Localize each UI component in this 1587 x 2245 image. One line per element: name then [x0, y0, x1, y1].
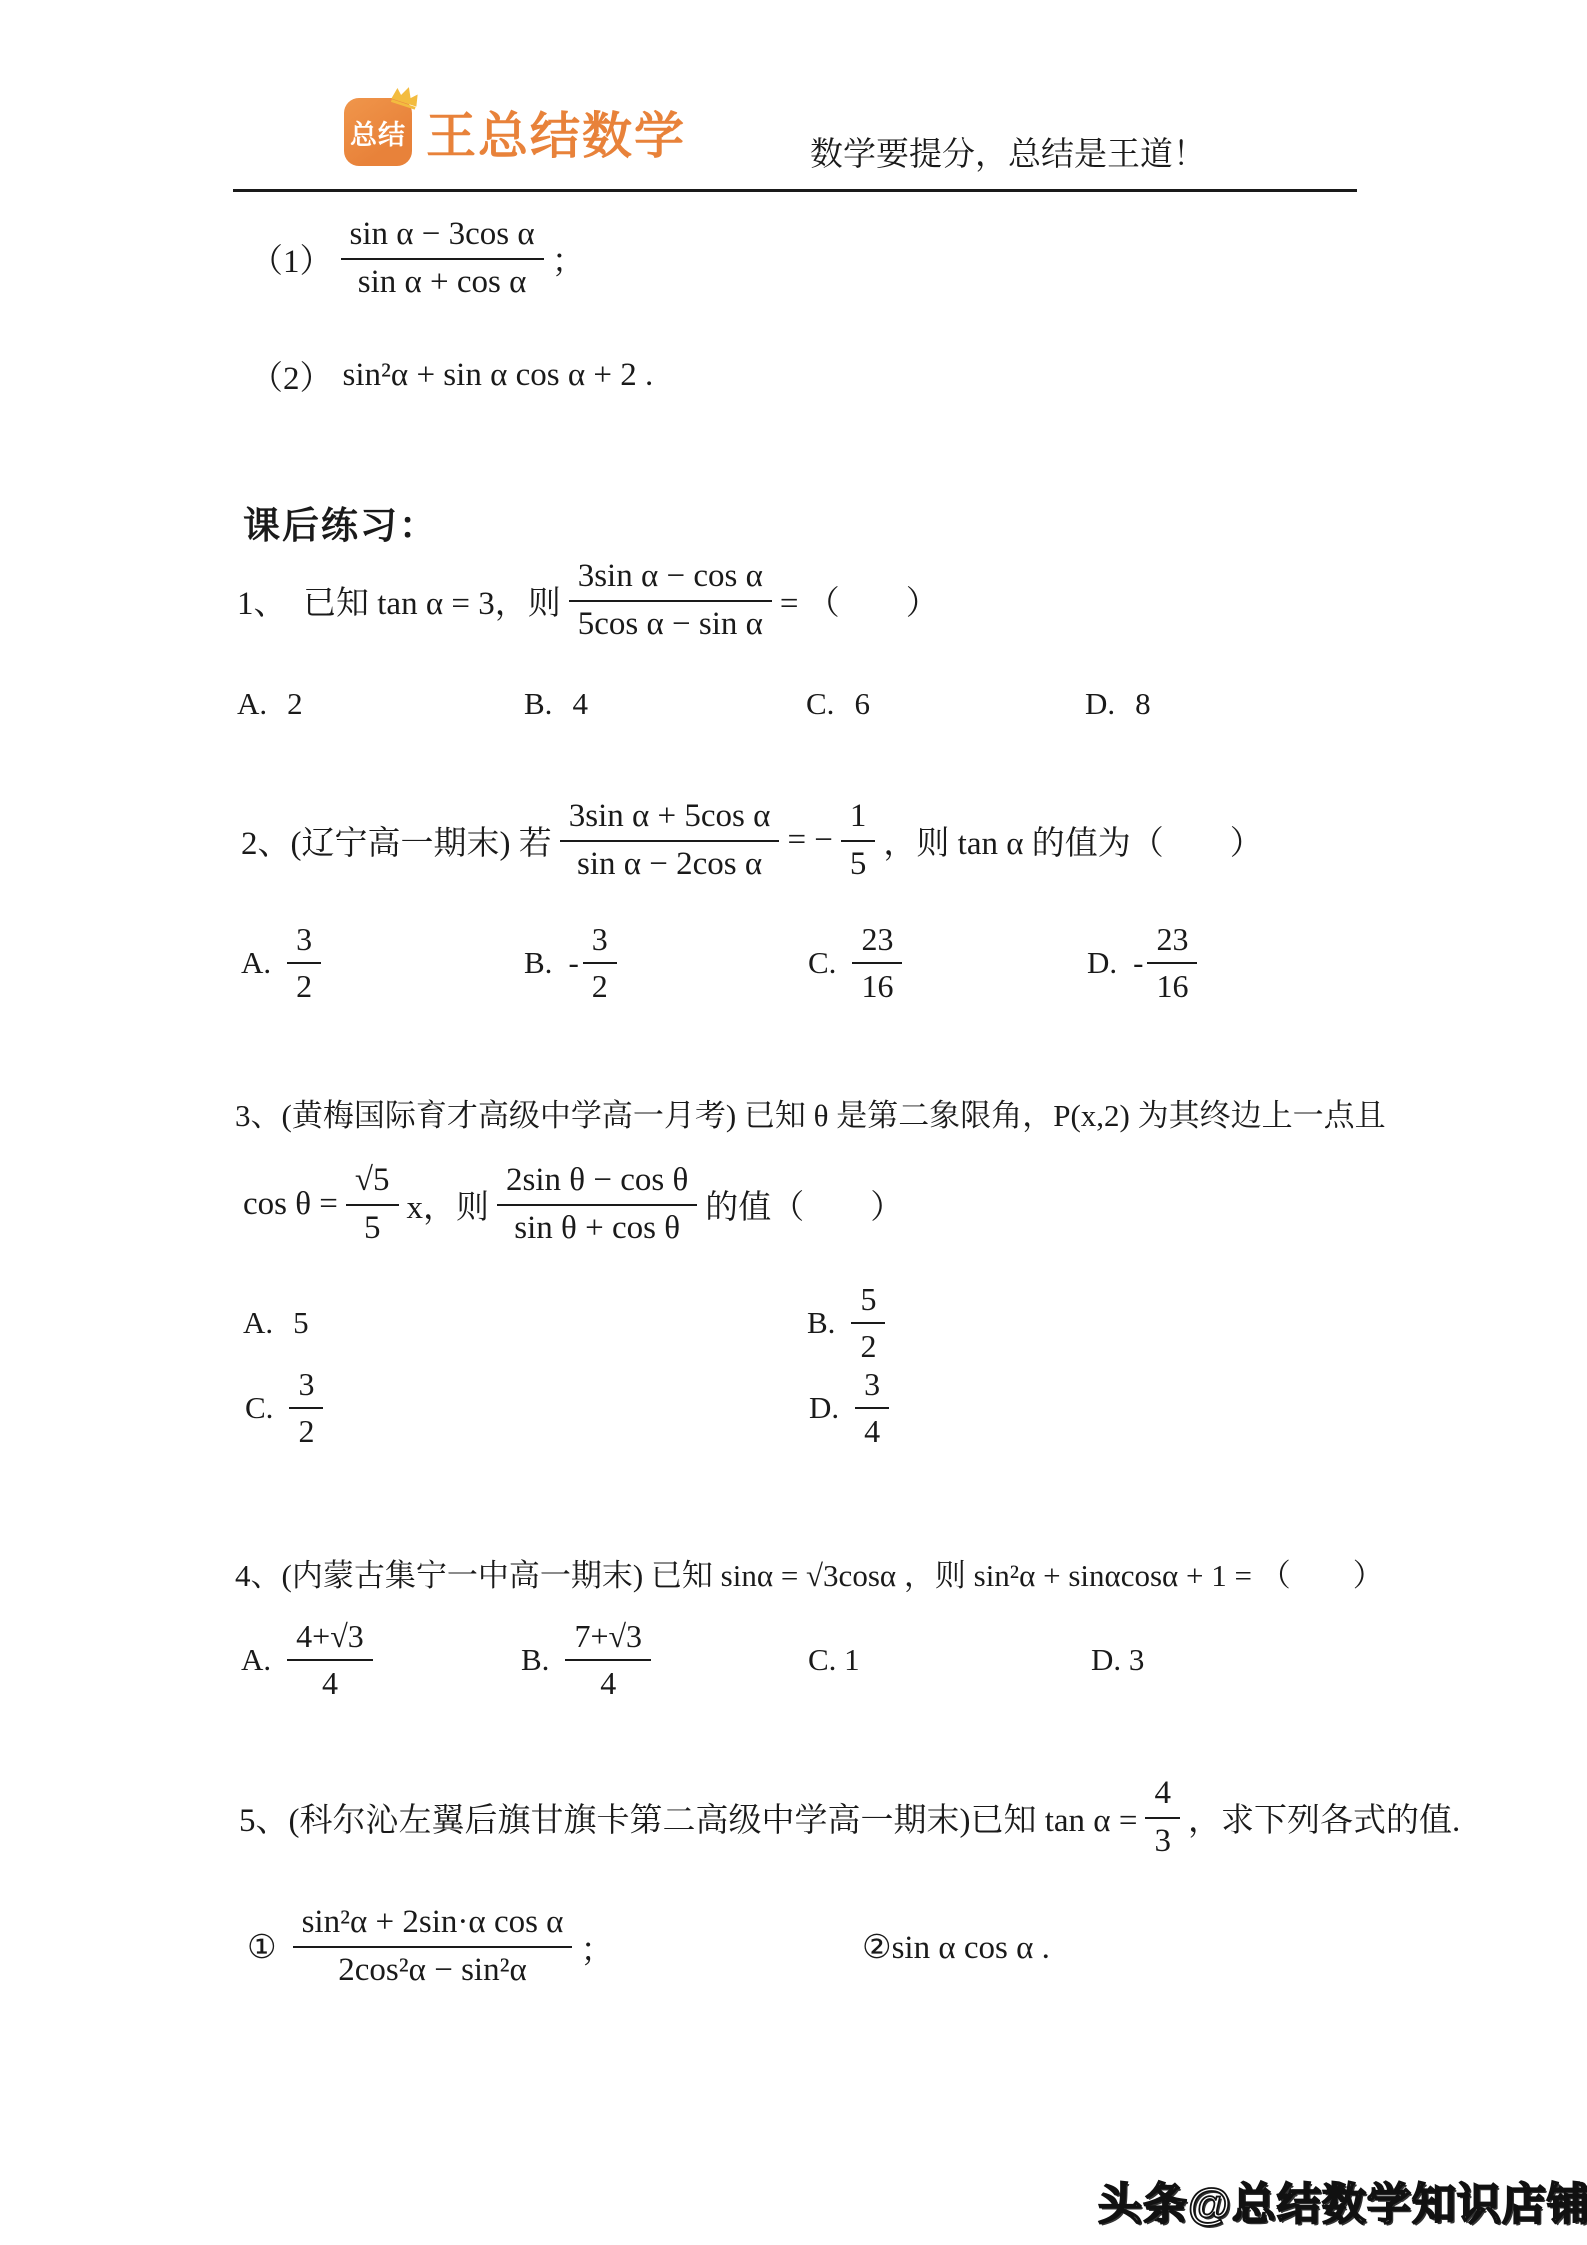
- choice-label: C.: [245, 1390, 273, 1426]
- question-text: 2、(辽宁高一期末) 若: [241, 817, 552, 864]
- denominator: 4: [591, 1661, 625, 1702]
- denominator: 2: [583, 964, 617, 1005]
- question-4-choices: A. 4+√3 4 B. 7+√3 4 C. 1 D. 3: [0, 1612, 1587, 1707]
- question-4-text: 4、(内蒙古集宁一中高一期末) 已知 sinα = √3cosα ，则 sin²…: [235, 1550, 1384, 1595]
- punctuation: ；: [552, 235, 585, 282]
- crown-icon: [388, 81, 423, 111]
- fraction: 1 5: [841, 798, 876, 884]
- choice-label: C.: [808, 945, 836, 981]
- header-divider: [233, 189, 1357, 192]
- numerator: 4: [1145, 1775, 1180, 1819]
- numerator: 5: [851, 1281, 885, 1324]
- expression-1: ① sin²α + 2sin·α cos α 2cos²α − sin²α ；: [247, 1888, 613, 2006]
- brand-name: 王总结数学: [426, 96, 686, 168]
- fraction: 3 2: [289, 1366, 323, 1450]
- choice-label: B.: [807, 1305, 835, 1341]
- numerator: sin α − 3cos α: [341, 216, 544, 260]
- choice-label: D.: [1085, 686, 1115, 722]
- brand-logo: 总结 王总结数学: [344, 96, 686, 168]
- denominator: 3: [1145, 1819, 1180, 1861]
- fraction: 4+√3 4: [287, 1618, 373, 1702]
- choice-text: C. 1: [808, 1642, 860, 1678]
- question-text: 的值（ ）: [705, 1181, 903, 1228]
- question-5-expressions: ① sin²α + 2sin·α cos α 2cos²α − sin²α ； …: [0, 1888, 1587, 2006]
- denominator: 16: [852, 964, 902, 1005]
- choice-label: A.: [237, 686, 267, 722]
- numerator: 3: [583, 921, 617, 964]
- choice-value: 8: [1135, 686, 1151, 722]
- numerator: 3sin α + 5cos α: [560, 798, 780, 842]
- expression-text: sin²α + sin α cos α + 2 .: [343, 357, 654, 394]
- fraction: 3 4: [855, 1366, 889, 1450]
- question-5: 5、(科尔沁左翼后旗甘旗卡第二高级中学高一期末)已知 tan α = 4 3 ，…: [239, 1775, 1460, 1861]
- item-label: ①: [247, 1927, 277, 1967]
- choice-d: D. 8: [1085, 682, 1151, 726]
- choice-value: 5: [293, 1305, 309, 1341]
- choice-value: 6: [854, 686, 870, 722]
- choice-text: D. 3: [1091, 1642, 1144, 1678]
- brand-badge: 总结: [344, 98, 412, 166]
- item-label: （2）: [250, 352, 333, 399]
- question-text: x，则: [407, 1181, 490, 1228]
- choice-d: D. 3 4: [809, 1360, 897, 1455]
- choice-label: D.: [809, 1390, 839, 1426]
- denominator: 5cos α − sin α: [569, 602, 772, 644]
- choice-c: C. 3 2: [245, 1360, 331, 1455]
- intro-expression-1: （1） sin α − 3cos α sin α + cos α ；: [250, 216, 585, 302]
- choice-label: B.: [524, 686, 552, 722]
- choice-a: A. 2: [237, 682, 303, 726]
- denominator: sin θ + cos θ: [505, 1206, 689, 1248]
- denominator: 16: [1147, 964, 1197, 1005]
- denominator: 2cos²α − sin²α: [329, 1948, 535, 1990]
- choice-label: A.: [241, 1642, 271, 1678]
- question-1-choices: A. 2 B. 4 C. 6 D. 8: [0, 682, 1587, 726]
- choice-value: 4: [572, 686, 588, 722]
- section-title: 课后练习：: [243, 495, 438, 549]
- choice-c: C. 1: [808, 1612, 860, 1707]
- choice-d: D. 3: [1091, 1612, 1144, 1707]
- choice-b: B. 7+√3 4: [521, 1612, 659, 1707]
- denominator: 2: [289, 1409, 323, 1450]
- choice-value: 2: [287, 686, 303, 722]
- question-text: 5、(科尔沁左翼后旗甘旗卡第二高级中学高一期末)已知 tan α =: [239, 1794, 1137, 1841]
- fraction: 3sin α − cos α 5cos α − sin α: [569, 558, 772, 644]
- fraction: 2sin θ − cos θ sin θ + cos θ: [497, 1162, 697, 1248]
- choice-b: B. 5 2: [807, 1275, 893, 1370]
- fraction: 5 2: [851, 1281, 885, 1365]
- denominator: 4: [313, 1661, 347, 1702]
- choice-c: C. 6: [806, 682, 870, 726]
- numerator: √5: [346, 1162, 399, 1206]
- denominator: 2: [287, 964, 321, 1005]
- fraction: 4 3: [1145, 1775, 1180, 1861]
- question-text: ，则 tan α 的值为（ ）: [883, 817, 1262, 864]
- choice-b: B. - 3 2: [524, 915, 625, 1010]
- numerator: 7+√3: [565, 1618, 651, 1661]
- numerator: 23: [852, 921, 902, 964]
- fraction: 3 2: [583, 921, 617, 1005]
- question-text: ，求下列各式的值.: [1188, 1794, 1460, 1841]
- question-text: = （ ）: [780, 577, 939, 624]
- question-3-text: 3、(黄梅国际育才高级中学高一月考) 已知 θ 是第二象限角，P(x,2) 为其…: [235, 1090, 1386, 1135]
- numerator: sin²α + 2sin·α cos α: [293, 1904, 573, 1948]
- expression-text: ②sin α cos α .: [862, 1927, 1050, 1967]
- numerator: 1: [841, 798, 876, 842]
- fraction: √5 5: [346, 1162, 399, 1248]
- item-label: （1）: [250, 235, 333, 282]
- denominator: 5: [841, 842, 876, 884]
- minus-sign: -: [568, 945, 578, 981]
- choice-label: D.: [1087, 945, 1117, 981]
- denominator: 2: [851, 1324, 885, 1365]
- choice-a: A. 4+√3 4: [241, 1612, 381, 1707]
- choice-label: C.: [806, 686, 834, 722]
- tagline: 数学要提分，总结是王道！: [810, 128, 1206, 175]
- choice-label: A.: [243, 1305, 273, 1341]
- numerator: 2sin θ − cos θ: [497, 1162, 697, 1206]
- punctuation: ；: [580, 1924, 613, 1971]
- fraction: 7+√3 4: [565, 1618, 651, 1702]
- choice-a: A. 3 2: [241, 915, 329, 1010]
- numerator: 3sin α − cos α: [569, 558, 772, 602]
- choice-label: B.: [521, 1642, 549, 1678]
- choice-a: A. 5: [243, 1275, 309, 1370]
- choice-label: B.: [524, 945, 552, 981]
- fraction: sin α − 3cos α sin α + cos α: [341, 216, 544, 302]
- question-text: cos θ =: [243, 1186, 338, 1223]
- question-2: 2、(辽宁高一期末) 若 3sin α + 5cos α sin α − 2co…: [241, 798, 1263, 884]
- footer-watermark: 头条@总结数学知识店铺: [1098, 2168, 1587, 2232]
- fraction: 3sin α + 5cos α sin α − 2cos α: [560, 798, 780, 884]
- numerator: 3: [289, 1366, 323, 1409]
- question-2-choices: A. 3 2 B. - 3 2 C. 23 16 D. - 23: [0, 915, 1587, 1010]
- question-text: 1、 已知 tan α = 3，则: [237, 577, 561, 624]
- choice-d: D. - 23 16: [1087, 915, 1205, 1010]
- intro-expression-2: （2） sin²α + sin α cos α + 2 .: [250, 352, 653, 399]
- numerator: 4+√3: [287, 1618, 373, 1661]
- denominator: sin α − 2cos α: [568, 842, 771, 884]
- question-3-choices-row1: A. 5 B. 5 2: [0, 1275, 1587, 1370]
- worksheet-page: 总结 王总结数学 数学要提分，总结是王道！ （1） sin α − 3cos α…: [0, 0, 1587, 2245]
- question-1: 1、 已知 tan α = 3，则 3sin α − cos α 5cos α …: [237, 558, 939, 644]
- choice-b: B. 4: [524, 682, 588, 726]
- fraction: 23 16: [852, 921, 902, 1005]
- numerator: 3: [287, 921, 321, 964]
- denominator: 4: [855, 1409, 889, 1450]
- fraction: sin²α + 2sin·α cos α 2cos²α − sin²α: [293, 1904, 573, 1990]
- expression-2: ②sin α cos α .: [862, 1888, 1050, 2006]
- choice-c: C. 23 16: [808, 915, 910, 1010]
- equals-sign: = −: [787, 822, 832, 859]
- badge-label: 总结: [350, 113, 406, 152]
- choice-label: A.: [241, 945, 271, 981]
- numerator: 3: [855, 1366, 889, 1409]
- question-3-choices-row2: C. 3 2 D. 3 4: [0, 1360, 1587, 1455]
- denominator: 5: [355, 1206, 390, 1248]
- numerator: 23: [1147, 921, 1197, 964]
- denominator: sin α + cos α: [349, 260, 536, 302]
- fraction: 3 2: [287, 921, 321, 1005]
- question-3-formula: cos θ = √5 5 x，则 2sin θ − cos θ sin θ + …: [243, 1162, 903, 1248]
- fraction: 23 16: [1147, 921, 1197, 1005]
- minus-sign: -: [1133, 945, 1143, 981]
